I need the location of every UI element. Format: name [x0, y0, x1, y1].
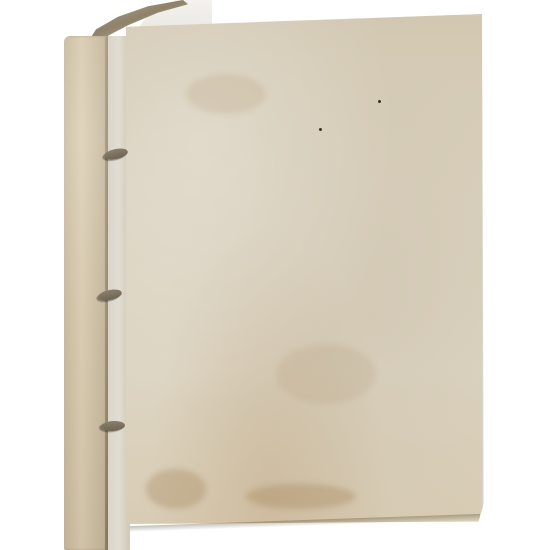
cover-speck [319, 128, 322, 131]
photo-scene [0, 0, 550, 550]
book-front-cover [126, 14, 482, 524]
cover-stain [276, 344, 376, 404]
cover-stain [186, 74, 266, 114]
cover-speck [378, 100, 381, 103]
cover-stain [146, 469, 206, 509]
cover-stain [246, 484, 356, 509]
